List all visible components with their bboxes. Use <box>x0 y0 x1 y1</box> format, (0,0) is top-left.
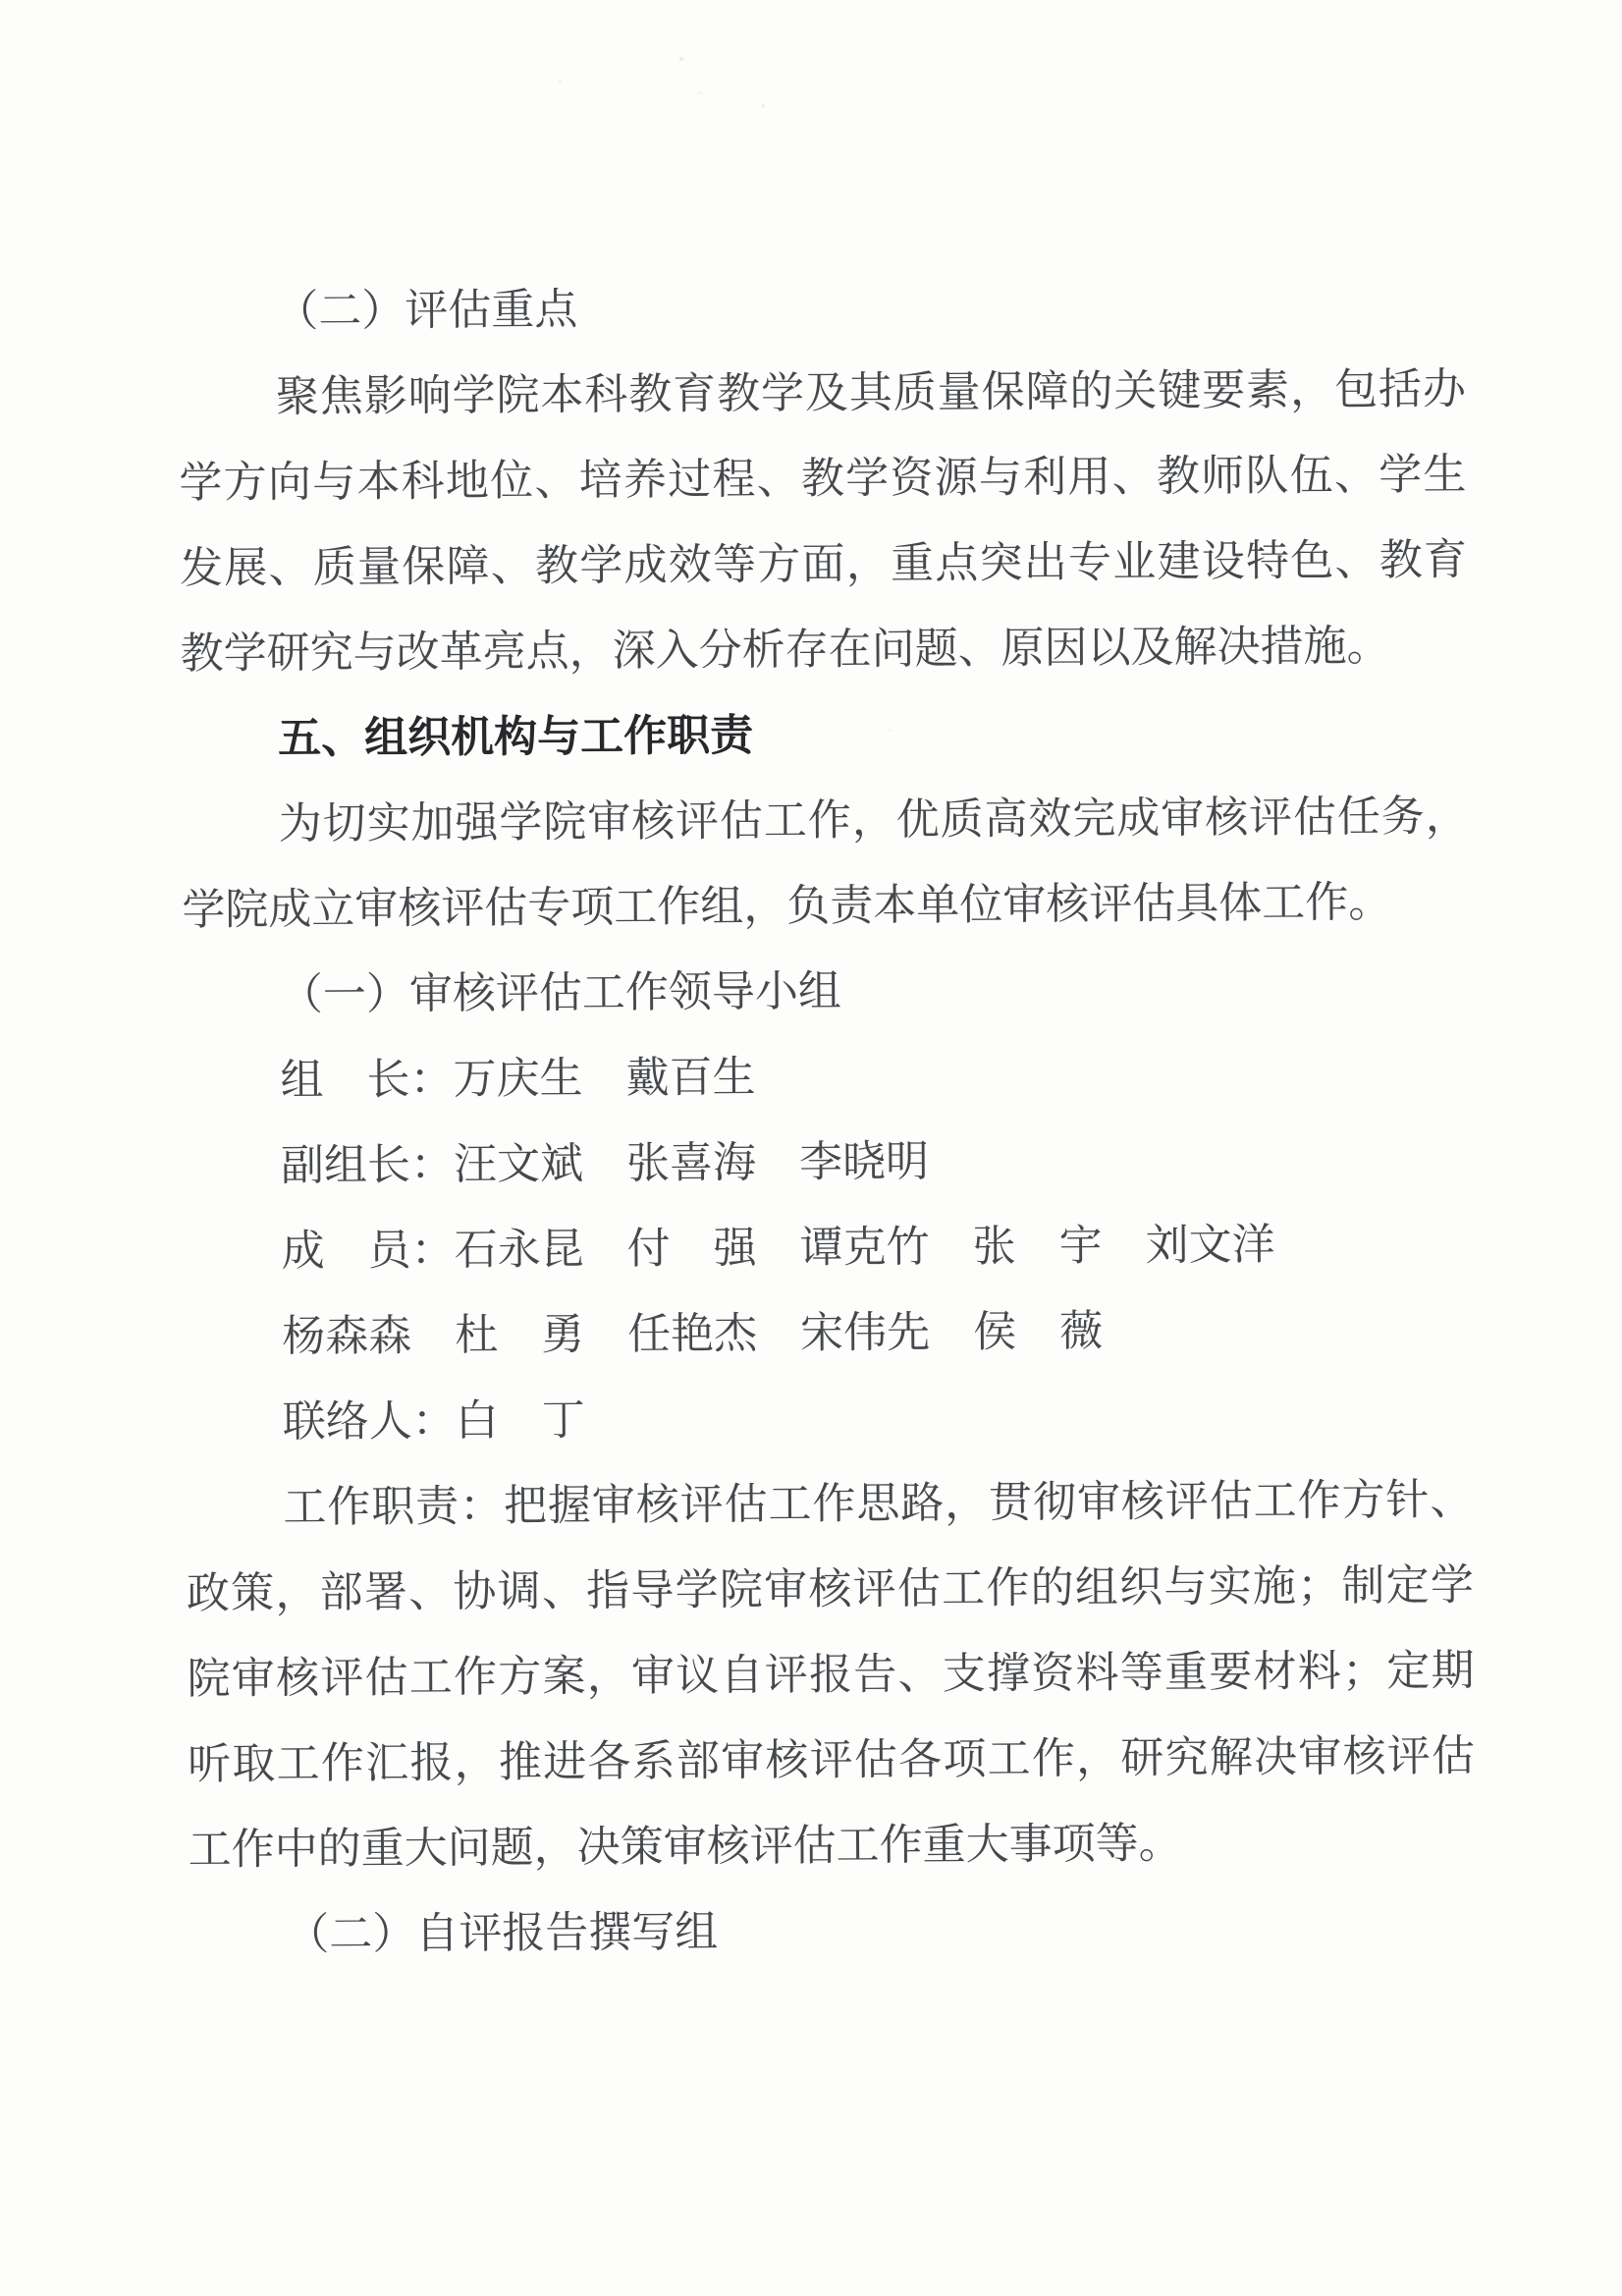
subheading-evaluation-focus: （二）评估重点 <box>178 261 1466 355</box>
scan-speck <box>699 91 702 94</box>
line-members-1: 成 员：石永昆 付 强 谭克竹 张 宇 刘文洋 <box>184 1201 1472 1295</box>
para-duties-line-4: 听取工作汇报，推进各系部审核评估各项工作，研究解决审核评估 <box>188 1714 1476 1808</box>
line-group-leader: 组 长：万庆生 戴百生 <box>183 1030 1471 1124</box>
para-org-intro-line-1: 为切实加强学院审核评估工作，优质高效完成审核评估任务， <box>181 774 1469 868</box>
para-duties-line-1: 工作职责：把握审核评估工作思路，贯彻审核评估工作方针、 <box>186 1457 1474 1552</box>
para-duties-line-3: 院审核评估工作方案，审议自评报告、支撑资料等重要材料；定期 <box>187 1628 1475 1722</box>
scan-speck <box>762 104 765 108</box>
line-liaison: 联络人：白 丁 <box>186 1372 1474 1466</box>
subheading-self-evaluation-writing-group: （二）自评报告撰写组 <box>189 1885 1477 1979</box>
para-evaluation-focus-line-2: 学方向与本科地位、培养过程、教学资源与利用、教师队伍、学生 <box>179 432 1467 526</box>
heading-section-5-organization: 五、组织机构与工作职责 <box>181 688 1469 783</box>
line-deputy-leaders: 副组长：汪文斌 张喜海 李晓明 <box>184 1116 1472 1210</box>
line-members-2: 杨森森 杜 勇 任艳杰 宋伟先 侯 薇 <box>185 1286 1473 1381</box>
para-org-intro-line-2: 学院成立审核评估专项工作组，负责本单位审核评估具体工作。 <box>182 859 1470 954</box>
scanned-document-page: （二）评估重点 聚焦影响学院本科教育教学及其质量保障的关键要素，包括办 学方向与… <box>0 0 1622 2296</box>
para-evaluation-focus-line-4: 教学研究与改革亮点，深入分析存在问题、原因以及解决措施。 <box>180 603 1468 697</box>
para-evaluation-focus-line-3: 发展、质量保障、教学成效等方面，重点突出专业建设特色、教育 <box>180 518 1468 612</box>
para-duties-line-2: 政策，部署、协调、指导学院审核评估工作的组织与实施；制定学 <box>187 1543 1475 1637</box>
para-duties-line-5: 工作中的重大问题，决策审核评估工作重大事项等。 <box>188 1799 1476 1893</box>
subheading-leading-group: （一）审核评估工作领导小组 <box>183 945 1471 1039</box>
scan-speck <box>679 57 683 61</box>
document-body: （二）评估重点 聚焦影响学院本科教育教学及其质量保障的关键要素，包括办 学方向与… <box>178 261 1477 1979</box>
scan-speck <box>559 81 562 83</box>
para-evaluation-focus-line-1: 聚焦影响学院本科教育教学及其质量保障的关键要素，包括办 <box>179 347 1467 441</box>
